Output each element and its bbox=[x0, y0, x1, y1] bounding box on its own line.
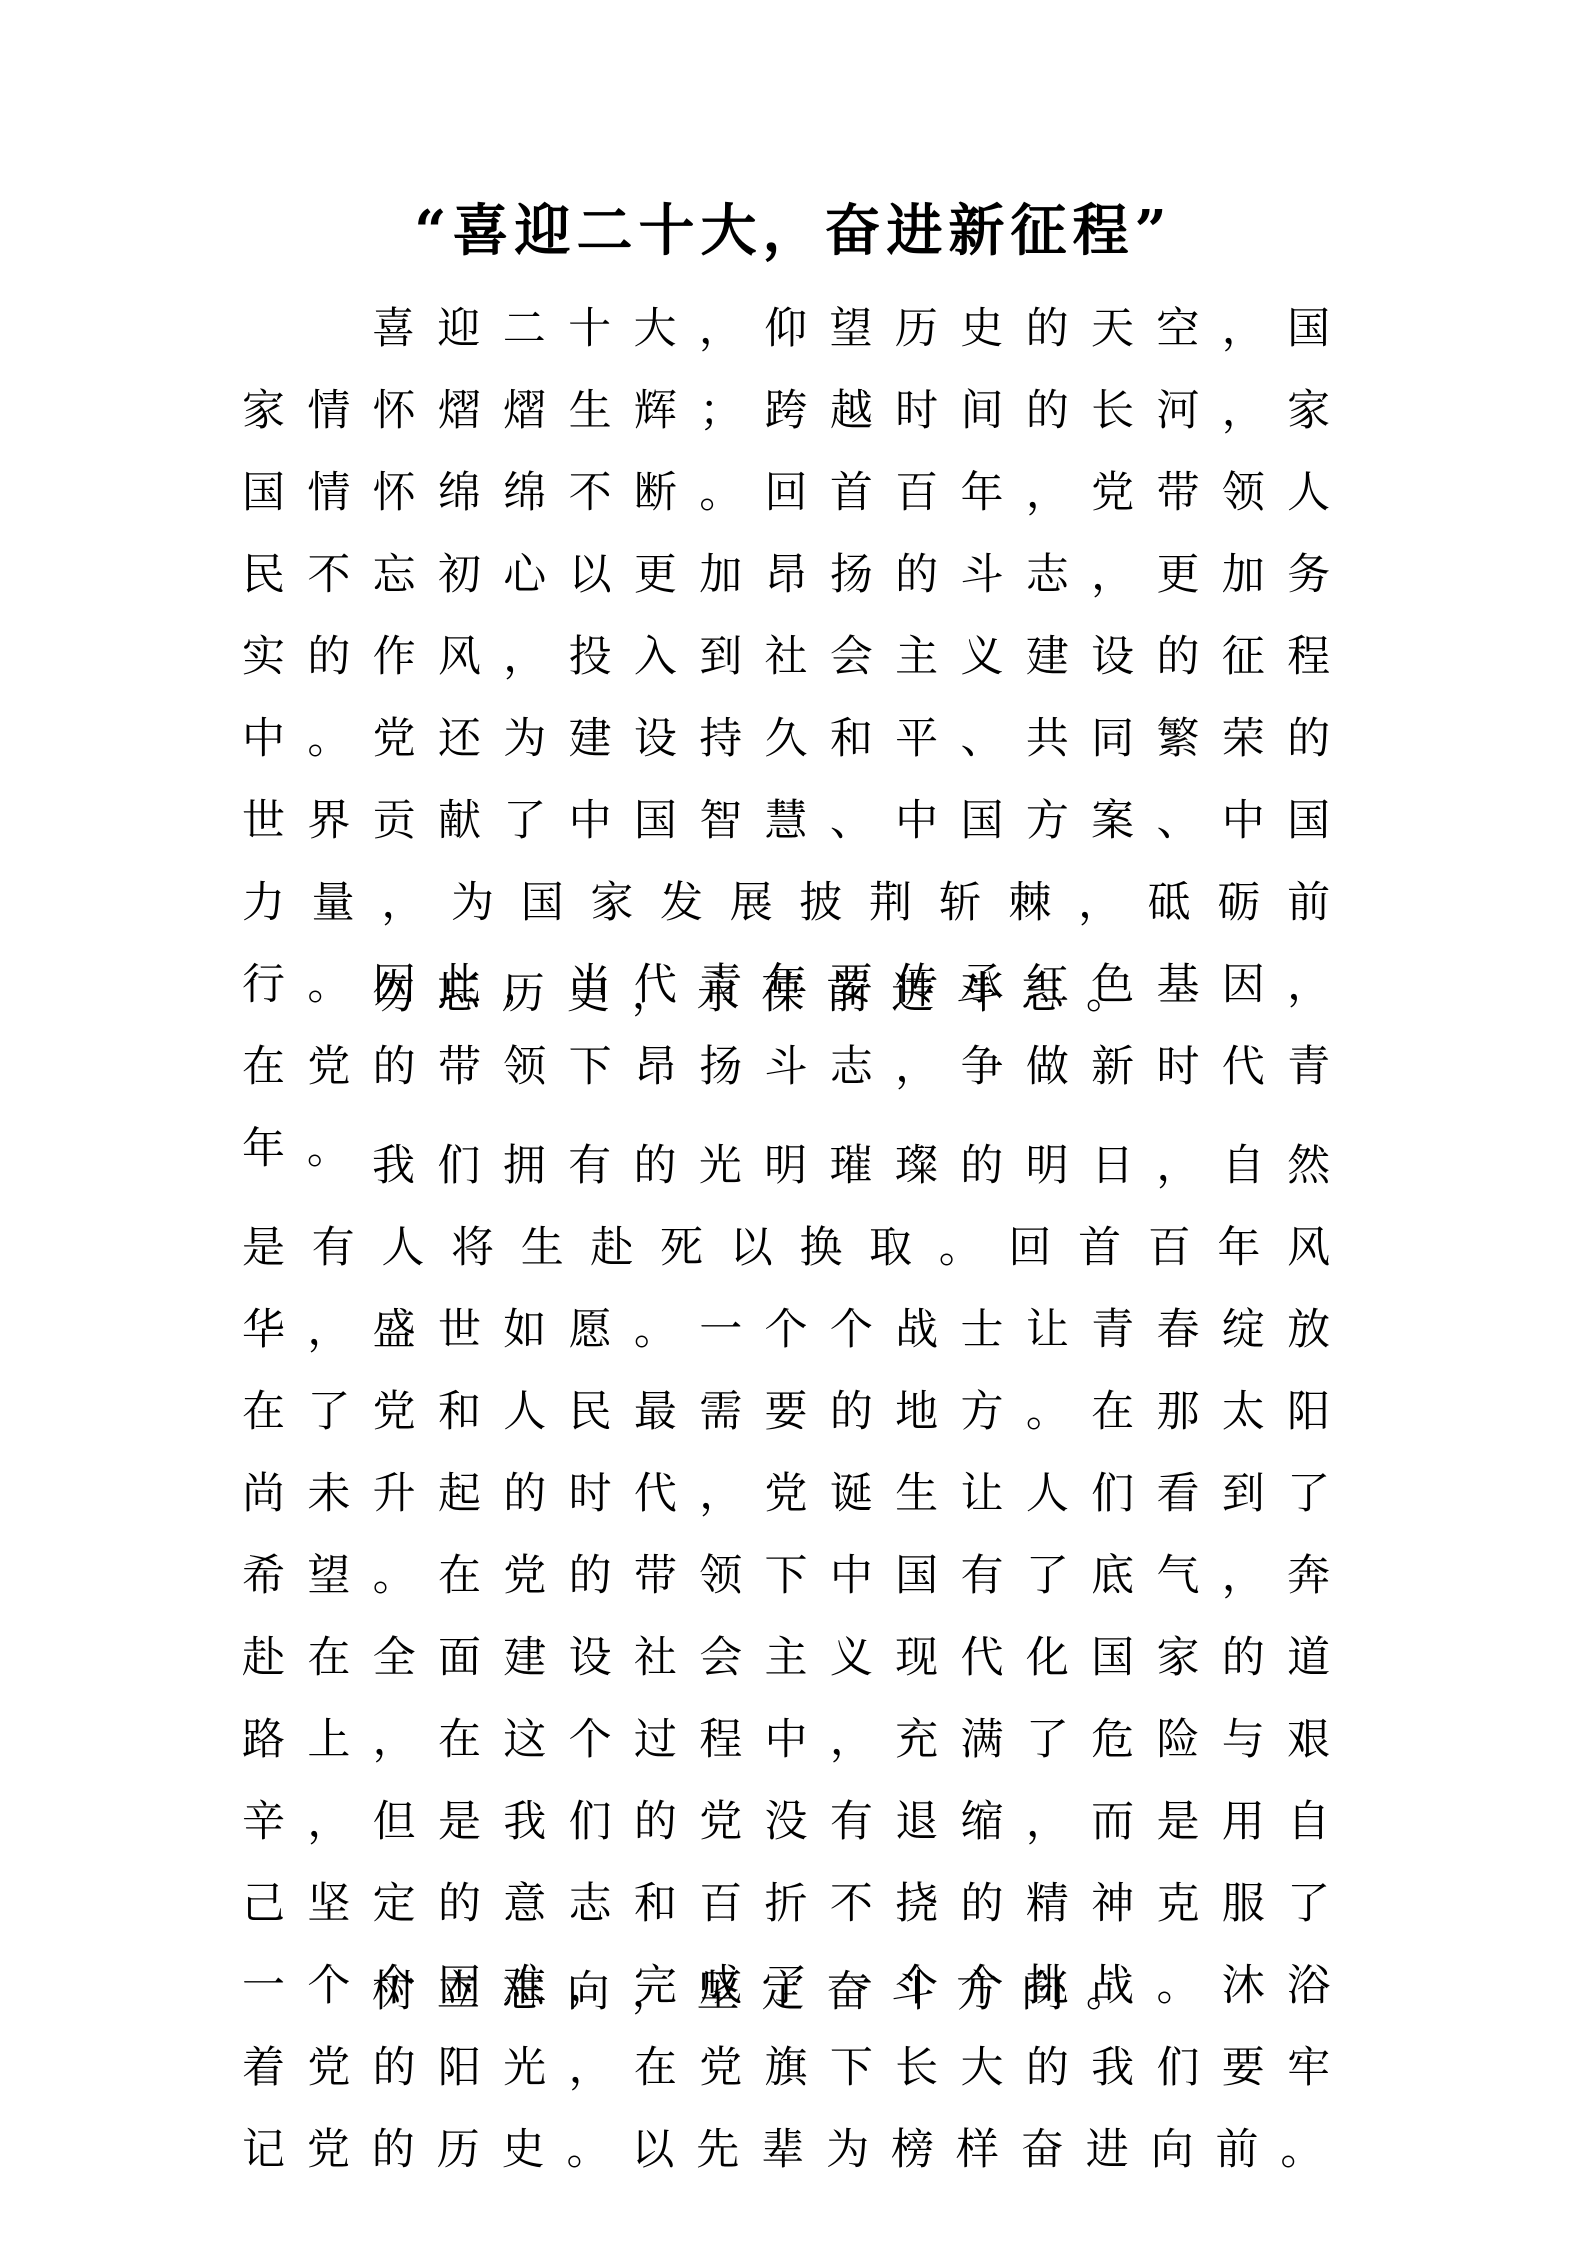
section-heading-block: 树立志向，坚定奋斗方向。 bbox=[242, 1951, 1352, 2033]
document-page: “喜迎二十大，奋进新征程” 喜迎二十大，仰望历史的天空，国家情怀熠熠生辉；跨越时… bbox=[0, 0, 1587, 2245]
section-heading-block: 勿忘历史，永葆前进斗志。 bbox=[242, 953, 1352, 1035]
section-heading: 树立志向，坚定奋斗方向。 bbox=[242, 1951, 1352, 2033]
section-heading: 勿忘历史，永葆前进斗志。 bbox=[242, 953, 1352, 1035]
intro-paragraph-block: 喜迎二十大，仰望历史的天空，国家情怀熠熠生辉；跨越时间的长河，家国情怀绵绵不断。… bbox=[242, 288, 1352, 1190]
document-title: “喜迎二十大，奋进新征程” bbox=[0, 196, 1587, 266]
paragraph: 喜迎二十大，仰望历史的天空，国家情怀熠熠生辉；跨越时间的长河，家国情怀绵绵不断。… bbox=[242, 288, 1352, 1190]
